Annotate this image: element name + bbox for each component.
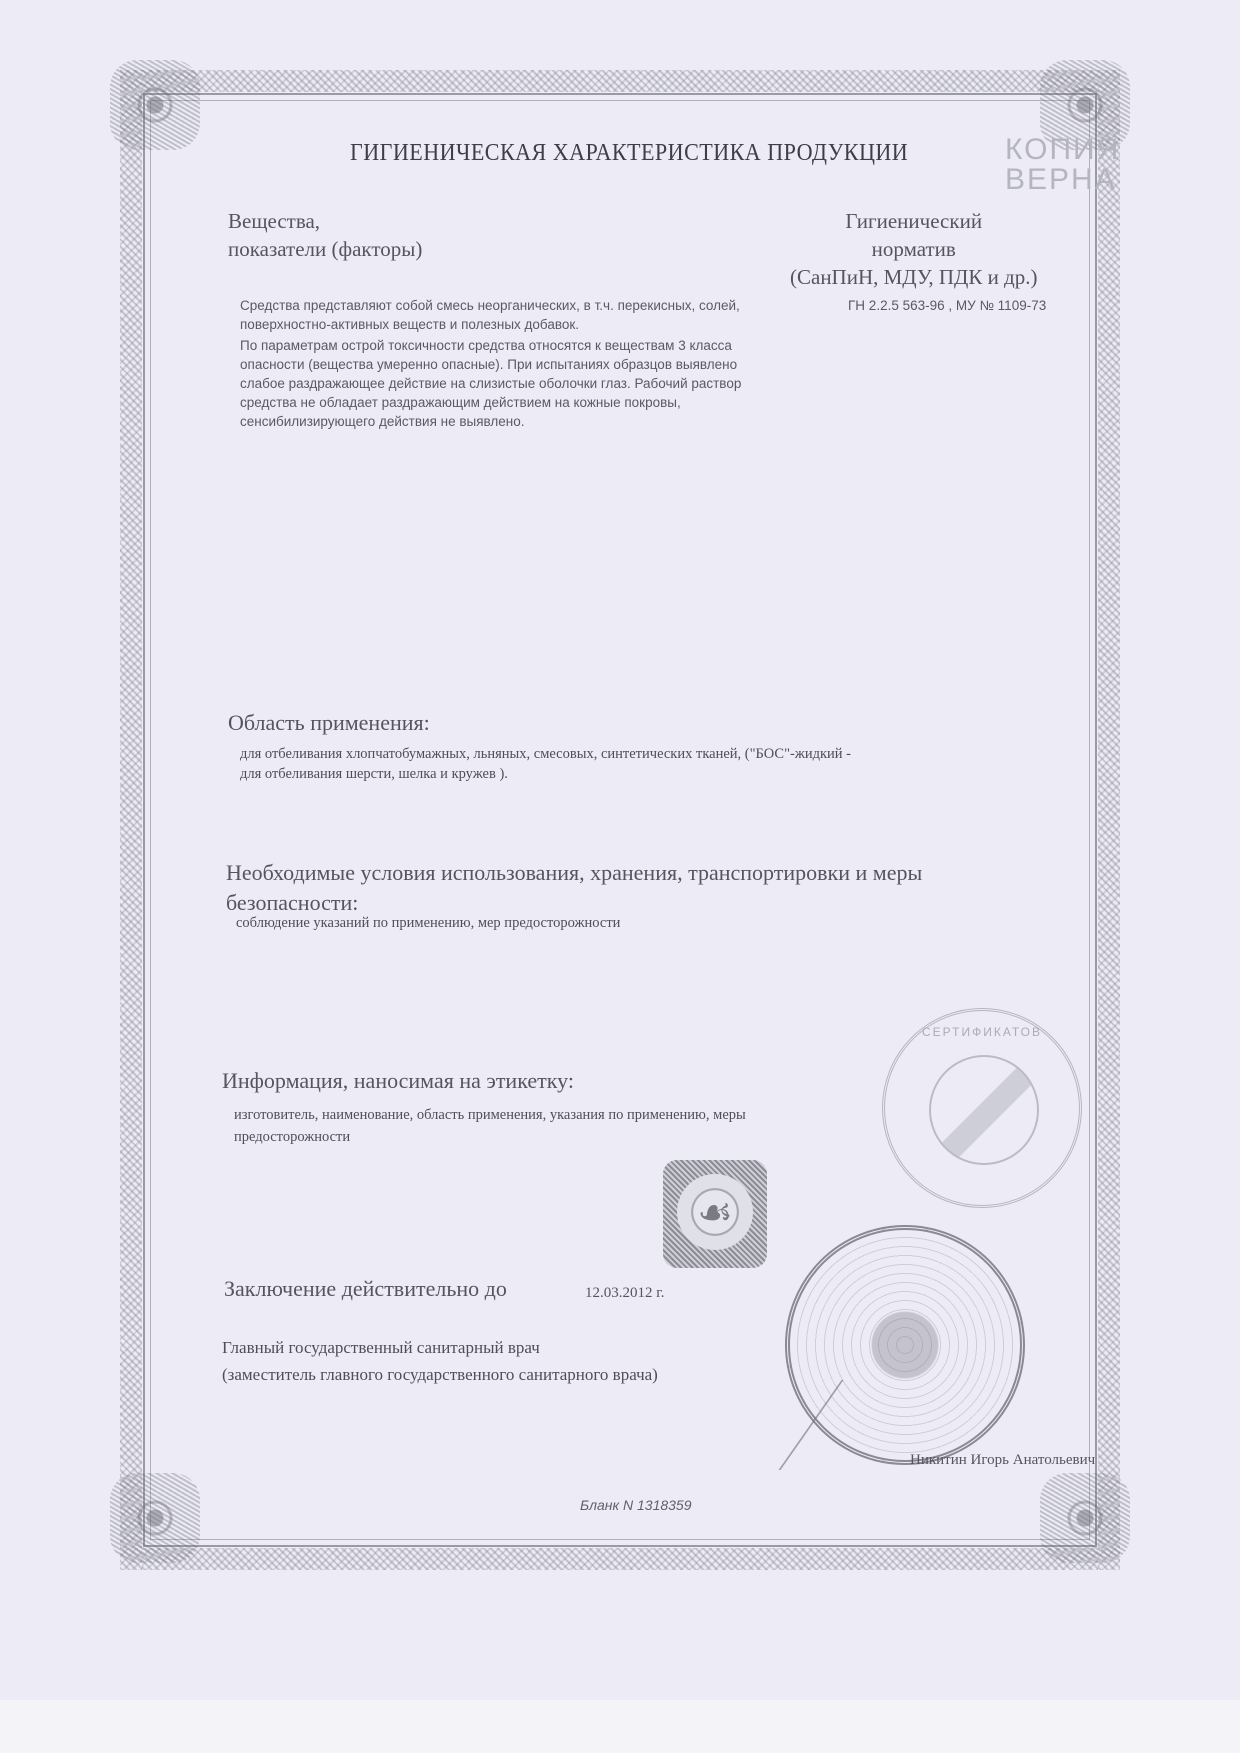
stamp-line: КОПИЯ [1005, 135, 1120, 165]
copy-verified-stamp: КОПИЯ ВЕРНА [1005, 135, 1120, 195]
text-line: изготовитель, наименование, область прим… [234, 1104, 746, 1126]
document-title: ГИГИЕНИЧЕСКАЯ ХАРАКТЕРИСТИКА ПРОДУКЦИИ [350, 140, 908, 167]
label-info-heading: Информация, наносимая на этикетку: [222, 1068, 574, 1094]
text-line: слабое раздражающее действие на слизисты… [240, 374, 741, 393]
conditions-text: соблюдение указаний по применению, мер п… [236, 913, 620, 933]
text-line: Необходимые условия использования, хране… [226, 858, 922, 888]
application-heading: Область применения: [228, 710, 430, 736]
substances-description: Средства представляют собой смесь неорга… [240, 296, 740, 334]
toxicity-description: По параметрам острой токсичности средств… [240, 336, 741, 431]
text-line: Главный государственный санитарный врач [222, 1334, 658, 1361]
signer-name: Никитин Игорь Анатольевич [910, 1452, 1095, 1469]
doctor-title: Главный государственный санитарный врач … [222, 1334, 658, 1388]
validity-date: 12.03.2012 г. [585, 1285, 664, 1302]
norm-reference: ГН 2.2.5 563-96 , МУ № 1109-73 [848, 296, 1046, 315]
text-line: для отбеливания хлопчатобумажных, льняны… [240, 744, 851, 764]
label-info-text: изготовитель, наименование, область прим… [234, 1104, 746, 1148]
validity-label: Заключение действительно до [224, 1276, 507, 1302]
text-line: сенсибилизирующего действия не выявлено. [240, 412, 741, 431]
header-text: (СанПиН, МДУ, ПДК и др.) [790, 263, 1038, 291]
header-substances: Вещества, показатели (факторы) [228, 207, 422, 263]
coat-of-arms-icon: ☙ [663, 1160, 767, 1268]
application-text: для отбеливания хлопчатобумажных, льняны… [240, 744, 851, 784]
document-content: ГИГИЕНИЧЕСКАЯ ХАРАКТЕРИСТИКА ПРОДУКЦИИ К… [0, 0, 1240, 1753]
text-line: предосторожности [234, 1126, 746, 1148]
header-norm: Гигиенический норматив (СанПиН, МДУ, ПДК… [790, 207, 1038, 291]
text-line: По параметрам острой токсичности средств… [240, 336, 741, 355]
eagle-icon: ☙ [677, 1174, 753, 1250]
blank-number: Бланк N 1318359 [580, 1497, 692, 1513]
text-line: для отбеливания шерсти, шелка и кружев )… [240, 764, 851, 784]
header-text: норматив [790, 235, 1038, 263]
stamp-line: ВЕРНА [1005, 165, 1120, 195]
text-line: средства не обладает раздражающим действ… [240, 393, 741, 412]
certification-seal-icon: СЕРТИФИКАТОВ [882, 1008, 1082, 1208]
conditions-heading: Необходимые условия использования, хране… [226, 858, 922, 918]
header-text: Гигиенический [790, 207, 1038, 235]
seal-text: СЕРТИФИКАТОВ [885, 1011, 1079, 1205]
header-text: Вещества, [228, 207, 422, 235]
text-line: опасности (вещества умеренно опасные). П… [240, 355, 741, 374]
text-line: (заместитель главного государственного с… [222, 1361, 658, 1388]
header-text: показатели (факторы) [228, 235, 422, 263]
text-line: поверхностно-активных веществ и полезных… [240, 315, 740, 334]
text-line: Средства представляют собой смесь неорга… [240, 296, 740, 315]
